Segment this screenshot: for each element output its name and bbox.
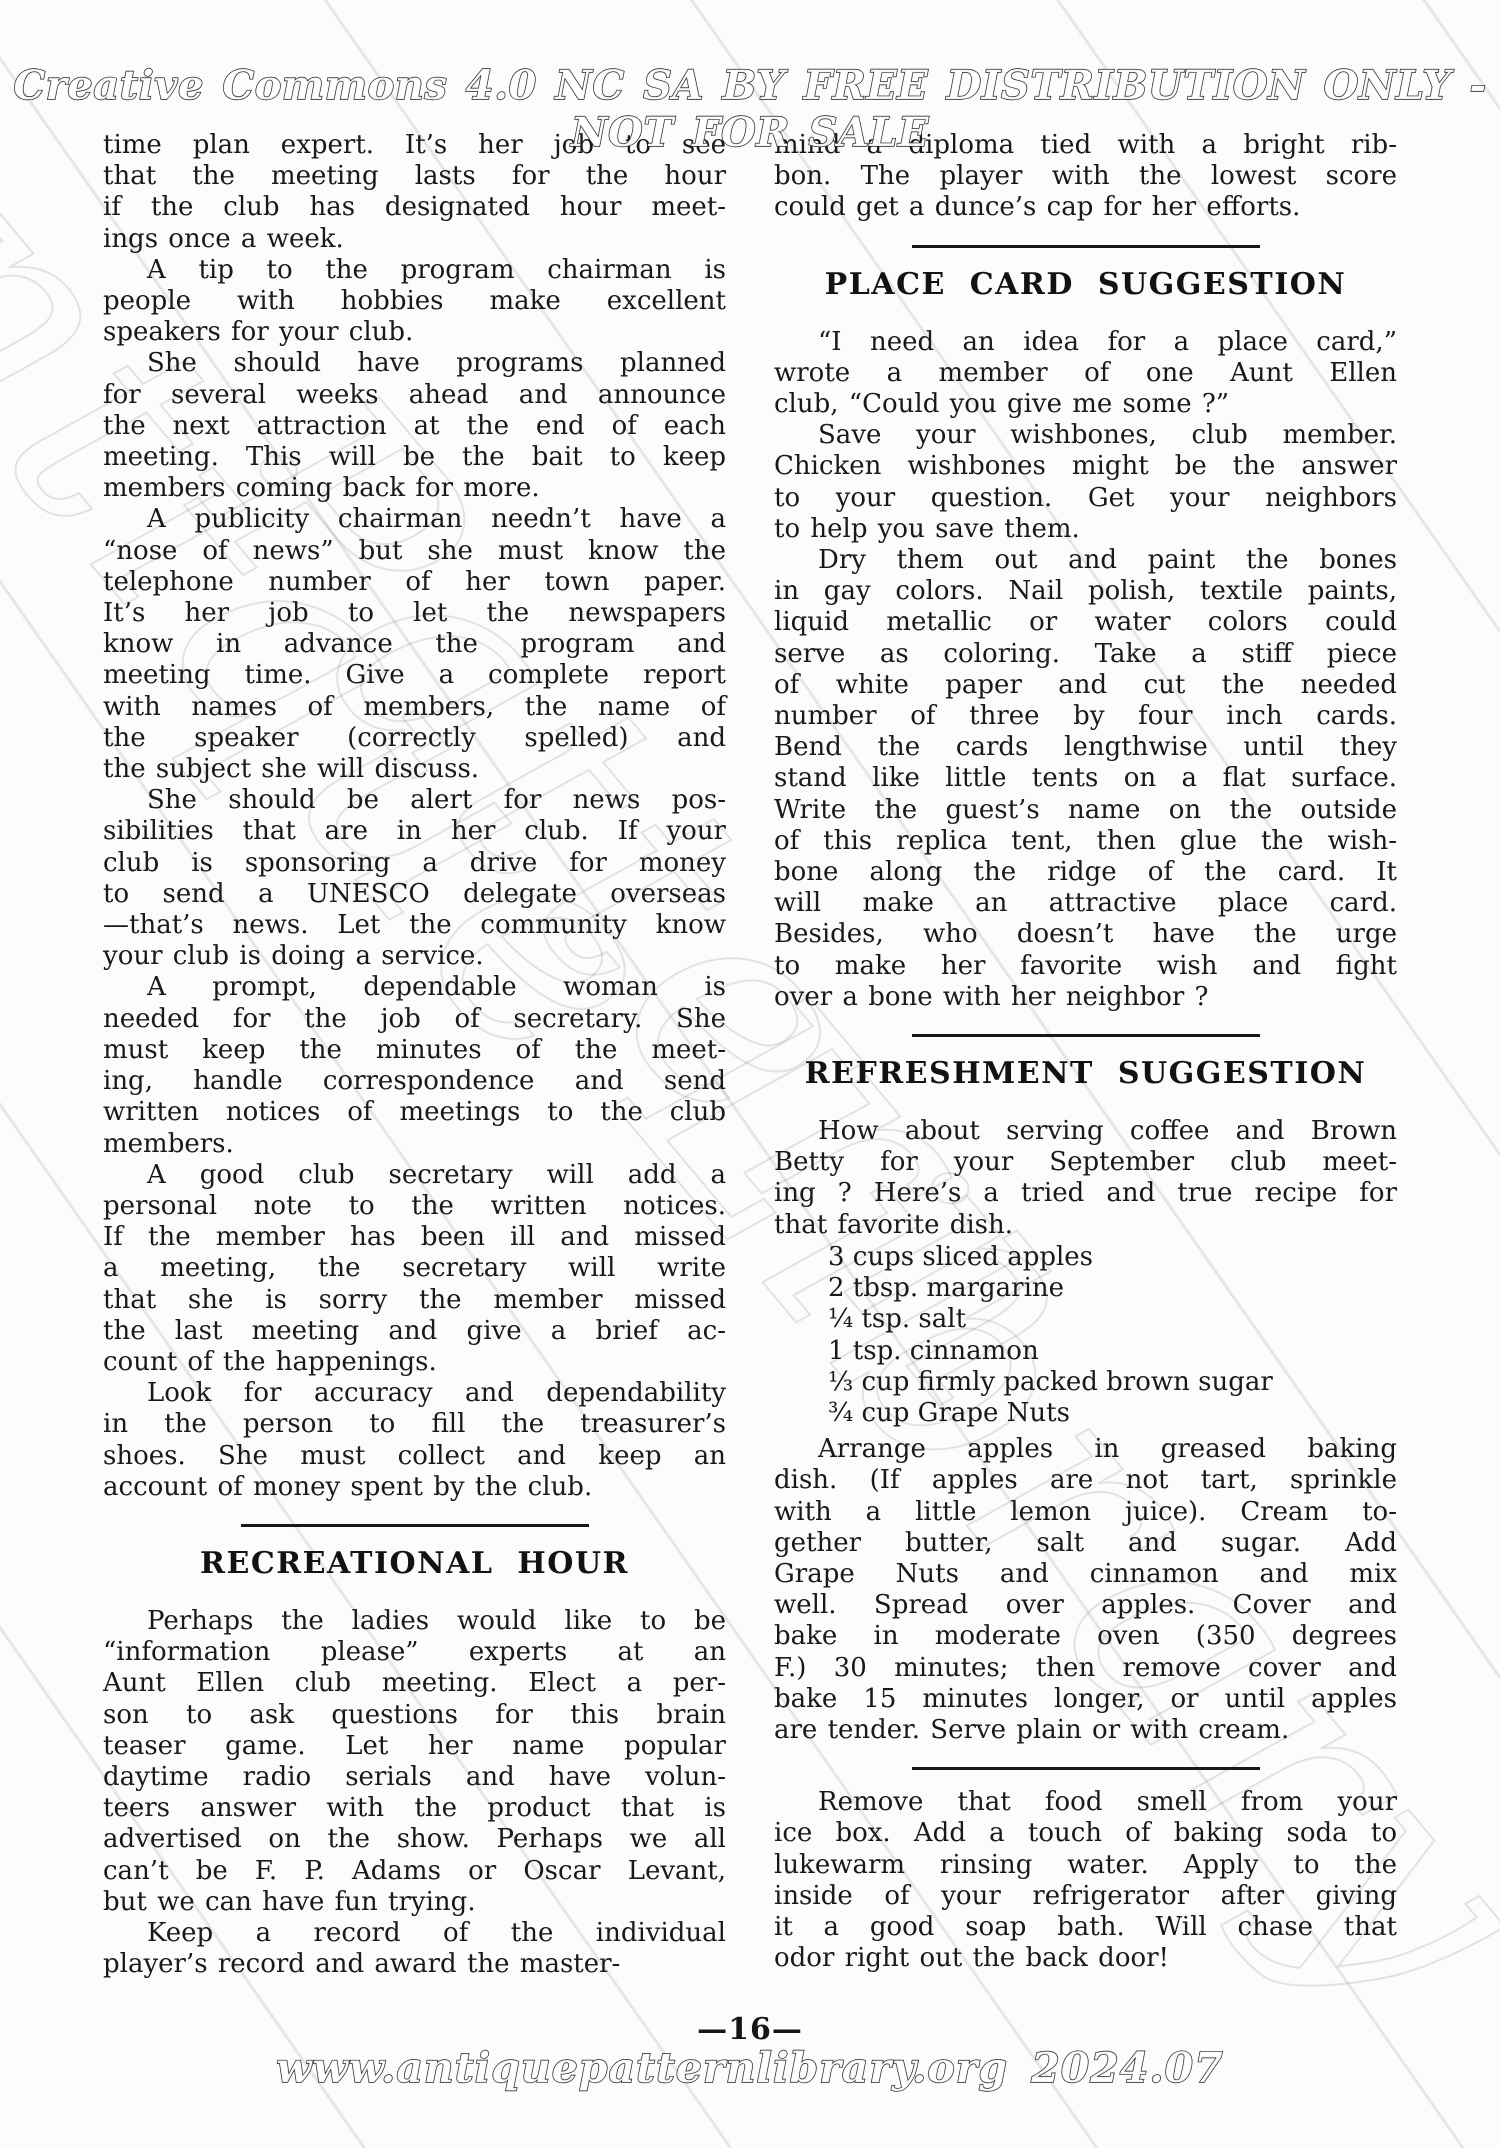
text-line: to make her favorite wish and fight bbox=[774, 951, 1397, 982]
text-line: liquid metallic or water colors could bbox=[774, 607, 1397, 638]
section-divider-rule bbox=[912, 245, 1260, 248]
text-line: A good club secretary will add a bbox=[103, 1160, 726, 1191]
text-line: “I need an idea for a place card,” bbox=[774, 327, 1397, 358]
text-line: Besides, who doesn’t have the urge bbox=[774, 919, 1397, 950]
text-line: that the meeting lasts for the hour bbox=[103, 161, 726, 192]
text-line: the next attraction at the end of each bbox=[103, 411, 726, 442]
text-line: meeting. This will be the bait to keep bbox=[103, 442, 726, 473]
recipe-ingredient-line: ⅓ cup firmly packed brown sugar bbox=[774, 1367, 1397, 1398]
text-line: Chicken wishbones might be the answer bbox=[774, 451, 1397, 482]
recipe-ingredient-line: ¼ tsp. salt bbox=[774, 1304, 1397, 1335]
text-line: with names of members, the name of bbox=[103, 692, 726, 723]
text-line: are tender. Serve plain or with cream. bbox=[774, 1715, 1397, 1746]
footer-archive-url: www.antiquepatternlibrary.org 2024.07 bbox=[0, 2044, 1500, 2092]
text-line: “nose of news” but she must know the bbox=[103, 536, 726, 567]
text-line: but we can have fun trying. bbox=[103, 1887, 726, 1918]
column-left: time plan expert. It’s her job to seetha… bbox=[103, 130, 726, 1980]
page-number: —16— bbox=[0, 2012, 1500, 2047]
text-line: bon. The player with the lowest score bbox=[774, 161, 1397, 192]
text-line: bake 15 minutes longer, or until apples bbox=[774, 1684, 1397, 1715]
text-line: Betty for your September club meet- bbox=[774, 1147, 1397, 1178]
text-line: that she is sorry the member missed bbox=[103, 1285, 726, 1316]
text-line: can’t be F. P. Adams or Oscar Levant, bbox=[103, 1856, 726, 1887]
text-line: F.) 30 minutes; then remove cover and bbox=[774, 1653, 1397, 1684]
text-line: people with hobbies make excellent bbox=[103, 286, 726, 317]
text-line: player’s record and award the master- bbox=[103, 1949, 726, 1980]
text-line: to your question. Get your neighbors bbox=[774, 483, 1397, 514]
text-line: needed for the job of secretary. She bbox=[103, 1004, 726, 1035]
text-line: ings once a week. bbox=[103, 224, 726, 255]
text-line: Keep a record of the individual bbox=[103, 1918, 726, 1949]
text-line: speakers for your club. bbox=[103, 317, 726, 348]
text-line: inside of your refrigerator after giving bbox=[774, 1881, 1397, 1912]
text-line: telephone number of her town paper. bbox=[103, 567, 726, 598]
section-divider-rule bbox=[241, 1524, 589, 1527]
text-line: to send a UNESCO delegate overseas bbox=[103, 879, 726, 910]
text-line: Write the guest’s name on the outside bbox=[774, 795, 1397, 826]
text-line: the last meeting and give a brief ac- bbox=[103, 1316, 726, 1347]
text-line: must keep the minutes of the meet- bbox=[103, 1035, 726, 1066]
text-line: Save your wishbones, club member. bbox=[774, 420, 1397, 451]
text-line: personal note to the written notices. bbox=[103, 1191, 726, 1222]
text-line: shoes. She must collect and keep an bbox=[103, 1441, 726, 1472]
license-header: Creative Commons 4.0 NC SA BY FREE DISTR… bbox=[0, 62, 1500, 156]
text-line: members coming back for more. bbox=[103, 473, 726, 504]
text-line: account of money spent by the club. bbox=[103, 1472, 726, 1503]
text-line: your club is doing a service. bbox=[103, 941, 726, 972]
text-line: How about serving coffee and Brown bbox=[774, 1116, 1397, 1147]
text-line: meeting time. Give a complete report bbox=[103, 660, 726, 691]
column-right: mind a diploma tied with a bright rib-bo… bbox=[774, 130, 1397, 1980]
text-line: son to ask questions for this brain bbox=[103, 1700, 726, 1731]
text-line: Grape Nuts and cinnamon and mix bbox=[774, 1559, 1397, 1590]
text-line: sibilities that are in her club. If your bbox=[103, 816, 726, 847]
text-line: Aunt Ellen club meeting. Elect a per- bbox=[103, 1668, 726, 1699]
text-line: Dry them out and paint the bones bbox=[774, 545, 1397, 576]
text-line: Remove that food smell from your bbox=[774, 1787, 1397, 1818]
text-line: Arrange apples in greased baking bbox=[774, 1434, 1397, 1465]
text-line: the subject she will discuss. bbox=[103, 754, 726, 785]
page-body: time plan expert. It’s her job to seetha… bbox=[103, 130, 1397, 1980]
text-line: of white paper and cut the needed bbox=[774, 670, 1397, 701]
section-divider-rule bbox=[912, 1034, 1260, 1037]
section-divider-rule bbox=[912, 1767, 1260, 1770]
text-line: well. Spread over apples. Cover and bbox=[774, 1590, 1397, 1621]
text-line: teaser game. Let her name popular bbox=[103, 1731, 726, 1762]
recipe-ingredient-line: 1 tsp. cinnamon bbox=[774, 1336, 1397, 1367]
text-line: in the person to fill the treasurer’s bbox=[103, 1409, 726, 1440]
text-line: bone along the ridge of the card. It bbox=[774, 857, 1397, 888]
text-line: if the club has designated hour meet- bbox=[103, 192, 726, 223]
text-line: stand like little tents on a flat surfac… bbox=[774, 763, 1397, 794]
text-line: ing ? Here’s a tried and true recipe for bbox=[774, 1178, 1397, 1209]
text-line: A publicity chairman needn’t have a bbox=[103, 504, 726, 535]
text-line: ing, handle correspondence and send bbox=[103, 1066, 726, 1097]
text-line: club, “Could you give me some ?” bbox=[774, 389, 1397, 420]
text-line: A tip to the program chairman is bbox=[103, 255, 726, 286]
section-heading: REFRESHMENT SUGGESTION bbox=[774, 1057, 1397, 1091]
recipe-ingredient-line: 2 tbsp. margarine bbox=[774, 1273, 1397, 1304]
text-line: It’s her job to let the newspapers bbox=[103, 598, 726, 629]
text-line: of this replica tent, then glue the wish… bbox=[774, 826, 1397, 857]
text-line: number of three by four inch cards. bbox=[774, 701, 1397, 732]
text-line: odor right out the back door! bbox=[774, 1943, 1397, 1974]
text-line: club is sponsoring a drive for money bbox=[103, 848, 726, 879]
text-line: for several weeks ahead and announce bbox=[103, 380, 726, 411]
scanned-document-page: { "page": { "header_text": "Creative Com… bbox=[0, 0, 1500, 2148]
recipe-ingredient-line: 3 cups sliced apples bbox=[774, 1242, 1397, 1273]
text-line: —that’s news. Let the community know bbox=[103, 910, 726, 941]
text-line: serve as coloring. Take a stiff piece bbox=[774, 639, 1397, 670]
text-line: will make an attractive place card. bbox=[774, 888, 1397, 919]
text-line: If the member has been ill and missed bbox=[103, 1222, 726, 1253]
text-line: to help you save them. bbox=[774, 514, 1397, 545]
text-line: written notices of meetings to the club bbox=[103, 1097, 726, 1128]
text-line: that favorite dish. bbox=[774, 1210, 1397, 1241]
text-line: with a little lemon juice). Cream to- bbox=[774, 1497, 1397, 1528]
text-line: teers answer with the product that is bbox=[103, 1793, 726, 1824]
text-line: gether butter, salt and sugar. Add bbox=[774, 1528, 1397, 1559]
text-line: wrote a member of one Aunt Ellen bbox=[774, 358, 1397, 389]
text-line: dish. (If apples are not tart, sprinkle bbox=[774, 1465, 1397, 1496]
text-line: members. bbox=[103, 1129, 726, 1160]
text-line: could get a dunce’s cap for her efforts. bbox=[774, 192, 1397, 223]
text-line: Bend the cards lengthwise until they bbox=[774, 732, 1397, 763]
section-heading: RECREATIONAL HOUR bbox=[103, 1547, 726, 1581]
text-line: a meeting, the secretary will write bbox=[103, 1253, 726, 1284]
text-line: ice box. Add a touch of baking soda to bbox=[774, 1818, 1397, 1849]
text-line: She should be alert for news pos- bbox=[103, 785, 726, 816]
text-line: count of the happenings. bbox=[103, 1347, 726, 1378]
text-line: A prompt, dependable woman is bbox=[103, 972, 726, 1003]
text-line: advertised on the show. Perhaps we all bbox=[103, 1824, 726, 1855]
text-line: it a good soap bath. Will chase that bbox=[774, 1912, 1397, 1943]
text-line: Perhaps the ladies would like to be bbox=[103, 1606, 726, 1637]
text-line: in gay colors. Nail polish, textile pain… bbox=[774, 576, 1397, 607]
text-line: daytime radio serials and have volun- bbox=[103, 1762, 726, 1793]
text-line: “information please” experts at an bbox=[103, 1637, 726, 1668]
text-line: lukewarm rinsing water. Apply to the bbox=[774, 1850, 1397, 1881]
text-line: She should have programs planned bbox=[103, 348, 726, 379]
text-line: Look for accuracy and dependability bbox=[103, 1378, 726, 1409]
text-line: the speaker (correctly spelled) and bbox=[103, 723, 726, 754]
section-heading: PLACE CARD SUGGESTION bbox=[774, 268, 1397, 302]
text-line: over a bone with her neighbor ? bbox=[774, 982, 1397, 1013]
recipe-ingredient-list: 3 cups sliced apples2 tbsp. margarine¼ t… bbox=[774, 1242, 1397, 1429]
text-line: bake in moderate oven (350 degrees bbox=[774, 1621, 1397, 1652]
text-line: know in advance the program and bbox=[103, 629, 726, 660]
recipe-ingredient-line: ¾ cup Grape Nuts bbox=[774, 1398, 1397, 1429]
